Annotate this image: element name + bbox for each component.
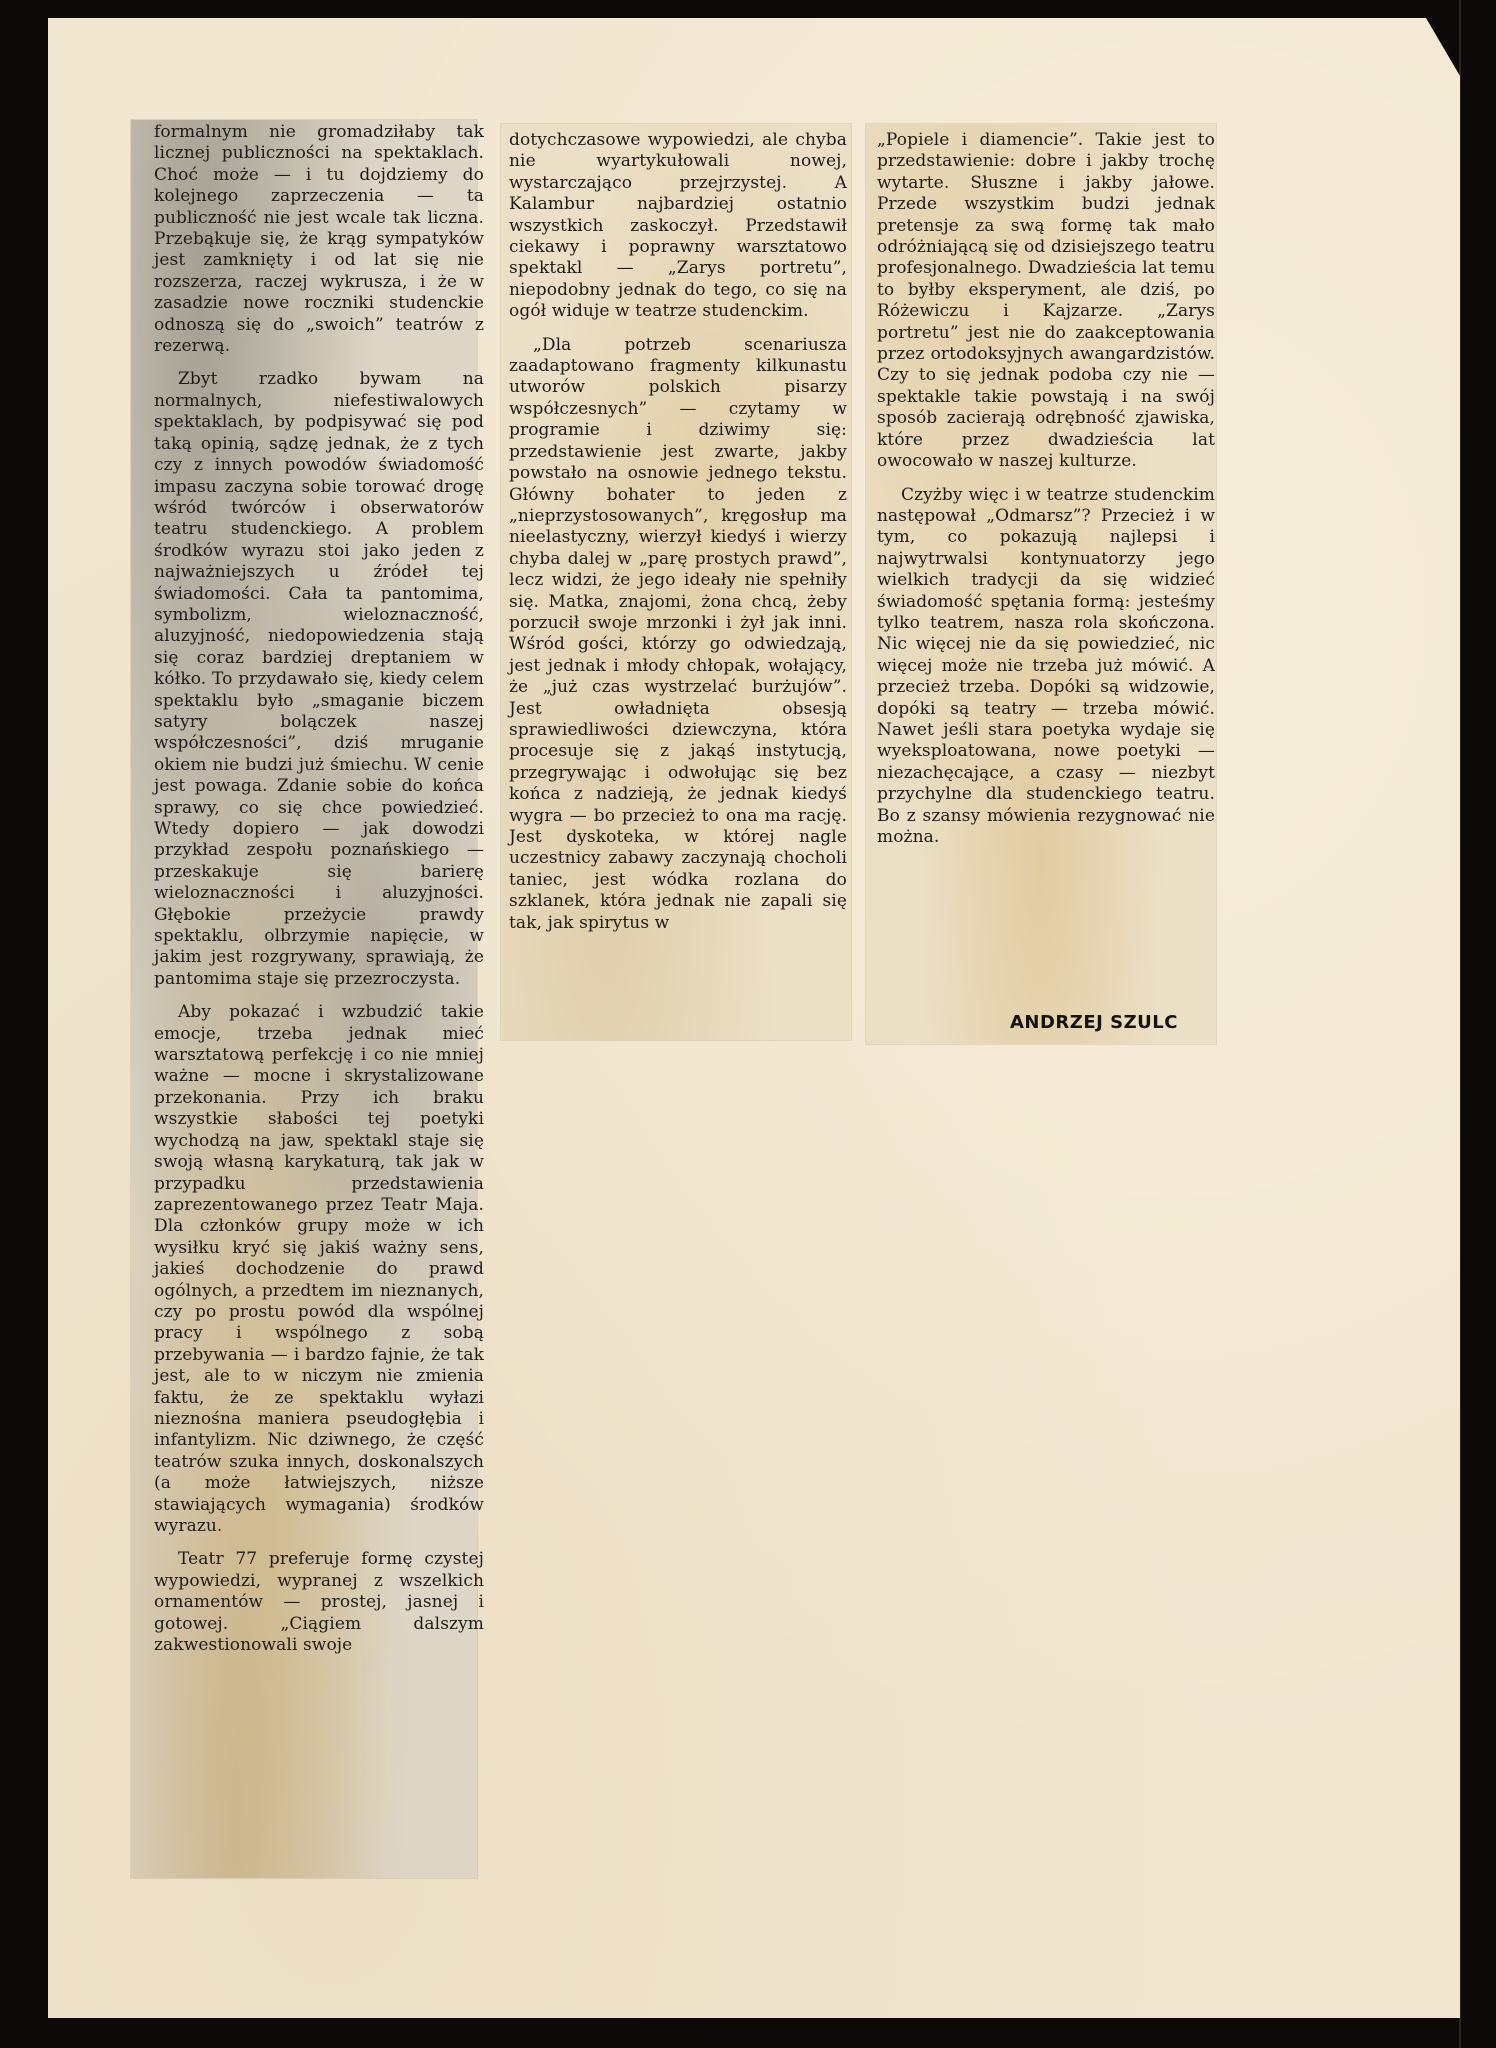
paragraph: Aby pokazać i wzbudzić takie emocje, trz… — [154, 1002, 484, 1537]
paragraph: Czyżby więc i w teatrze studenckim nastę… — [877, 485, 1215, 849]
paragraph: dotychczasowe wypowiedzi, ale chyba nie … — [509, 130, 847, 323]
article-column-1: formalnym nie gromadziłaby tak licznej p… — [154, 122, 484, 1656]
article-column-3: „Popiele i diamencie”. Takie jest to prz… — [877, 130, 1215, 848]
paragraph: „Dla potrzeb scenariusza zaadaptowano fr… — [509, 335, 847, 934]
paragraph: Teatr 77 preferuje formę czystej wypowie… — [154, 1549, 484, 1656]
paragraph: formalnym nie gromadziłaby tak licznej p… — [154, 122, 484, 357]
paragraph: Zbyt rzadko bywam na normalnych, niefest… — [154, 369, 484, 990]
article-column-2: dotychczasowe wypowiedzi, ale chyba nie … — [509, 130, 847, 934]
paragraph: „Popiele i diamencie”. Takie jest to prz… — [877, 130, 1215, 473]
author-signature: ANDRZEJ SZULC — [1010, 1012, 1178, 1033]
